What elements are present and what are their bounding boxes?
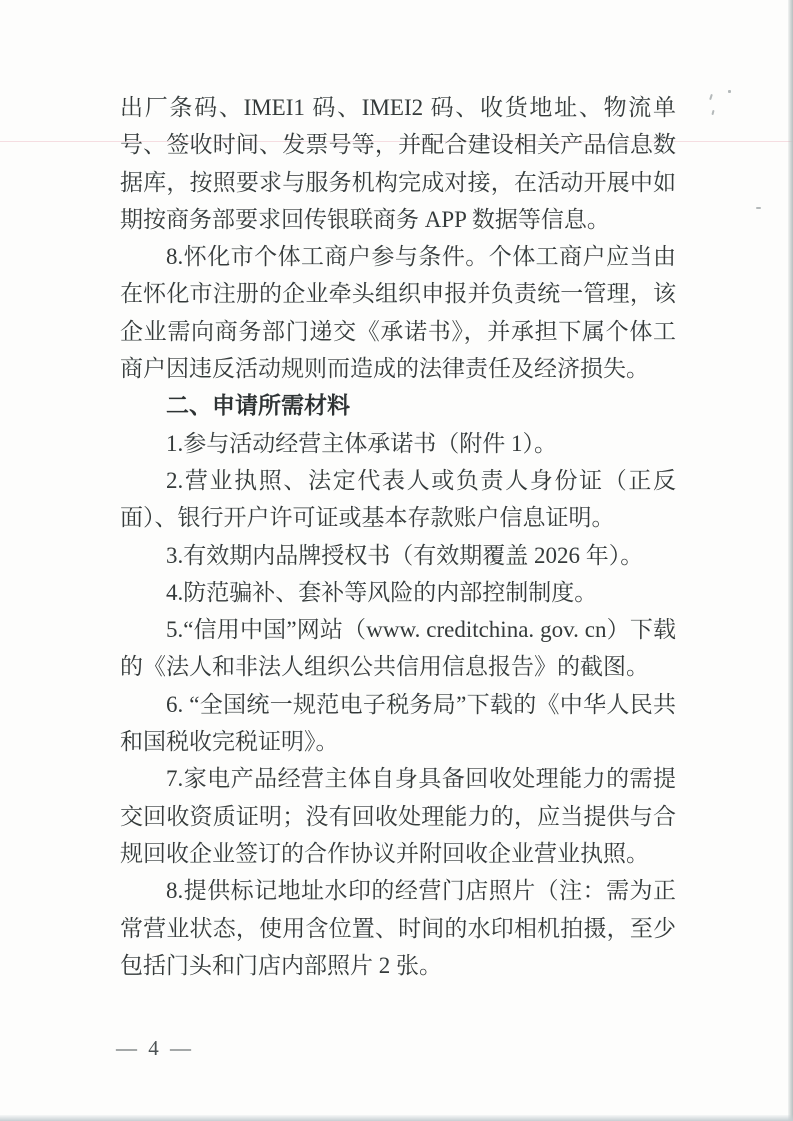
paragraph-material-3: 3.有效期内品牌授权书（有效期覆盖 2026 年）。 bbox=[120, 537, 676, 574]
paragraph-material-7: 7.家电产品经营主体自身具备回收处理能力的需提交回收资质证明；没有回收处理能力的… bbox=[120, 760, 676, 872]
paragraph-item-8-conditions: 8.怀化市个体工商户参与条件。个体工商户应当由在怀化市注册的企业牵头组织申报并负… bbox=[120, 238, 676, 387]
scan-artifact-speck bbox=[711, 110, 714, 115]
paragraph-material-8: 8.提供标记地址水印的经营门店照片（注：需为正常营业状态，使用含位置、时间的水印… bbox=[120, 872, 676, 984]
paragraph-material-2: 2.营业执照、法定代表人或负责人身份证（正反面）、银行开户许可证或基本存款账户信… bbox=[120, 462, 676, 537]
section-heading-materials: 二、申请所需材料 bbox=[120, 387, 676, 424]
document-page: 出厂条码、IMEI1 码、IMEI2 码、收货地址、物流单号、签收时间、发票号等… bbox=[0, 0, 793, 1121]
scan-artifact-speck bbox=[756, 207, 761, 209]
paragraph-material-6: 6. “全国统一规范电子税务局”下载的《中华人民共和国税收完税证明》。 bbox=[120, 686, 676, 761]
paragraph-continuation: 出厂条码、IMEI1 码、IMEI2 码、收货地址、物流单号、签收时间、发票号等… bbox=[120, 89, 676, 238]
paragraph-material-5: 5.“信用中国”网站（www. creditchina. gov. cn）下载的… bbox=[120, 611, 676, 686]
scan-artifact-speck bbox=[728, 90, 731, 93]
paragraph-material-1: 1.参与活动经营主体承诺书（附件 1）。 bbox=[120, 425, 676, 462]
page-number: — 4 — bbox=[116, 1036, 194, 1061]
scan-artifact-speck bbox=[709, 94, 713, 100]
scan-page-right-edge bbox=[788, 0, 793, 1121]
scan-page-bottom-edge bbox=[0, 1115, 793, 1121]
document-body: 出厂条码、IMEI1 码、IMEI2 码、收货地址、物流单号、签收时间、发票号等… bbox=[120, 89, 676, 984]
paragraph-material-4: 4.防范骗补、套补等风险的内部控制制度。 bbox=[120, 574, 676, 611]
